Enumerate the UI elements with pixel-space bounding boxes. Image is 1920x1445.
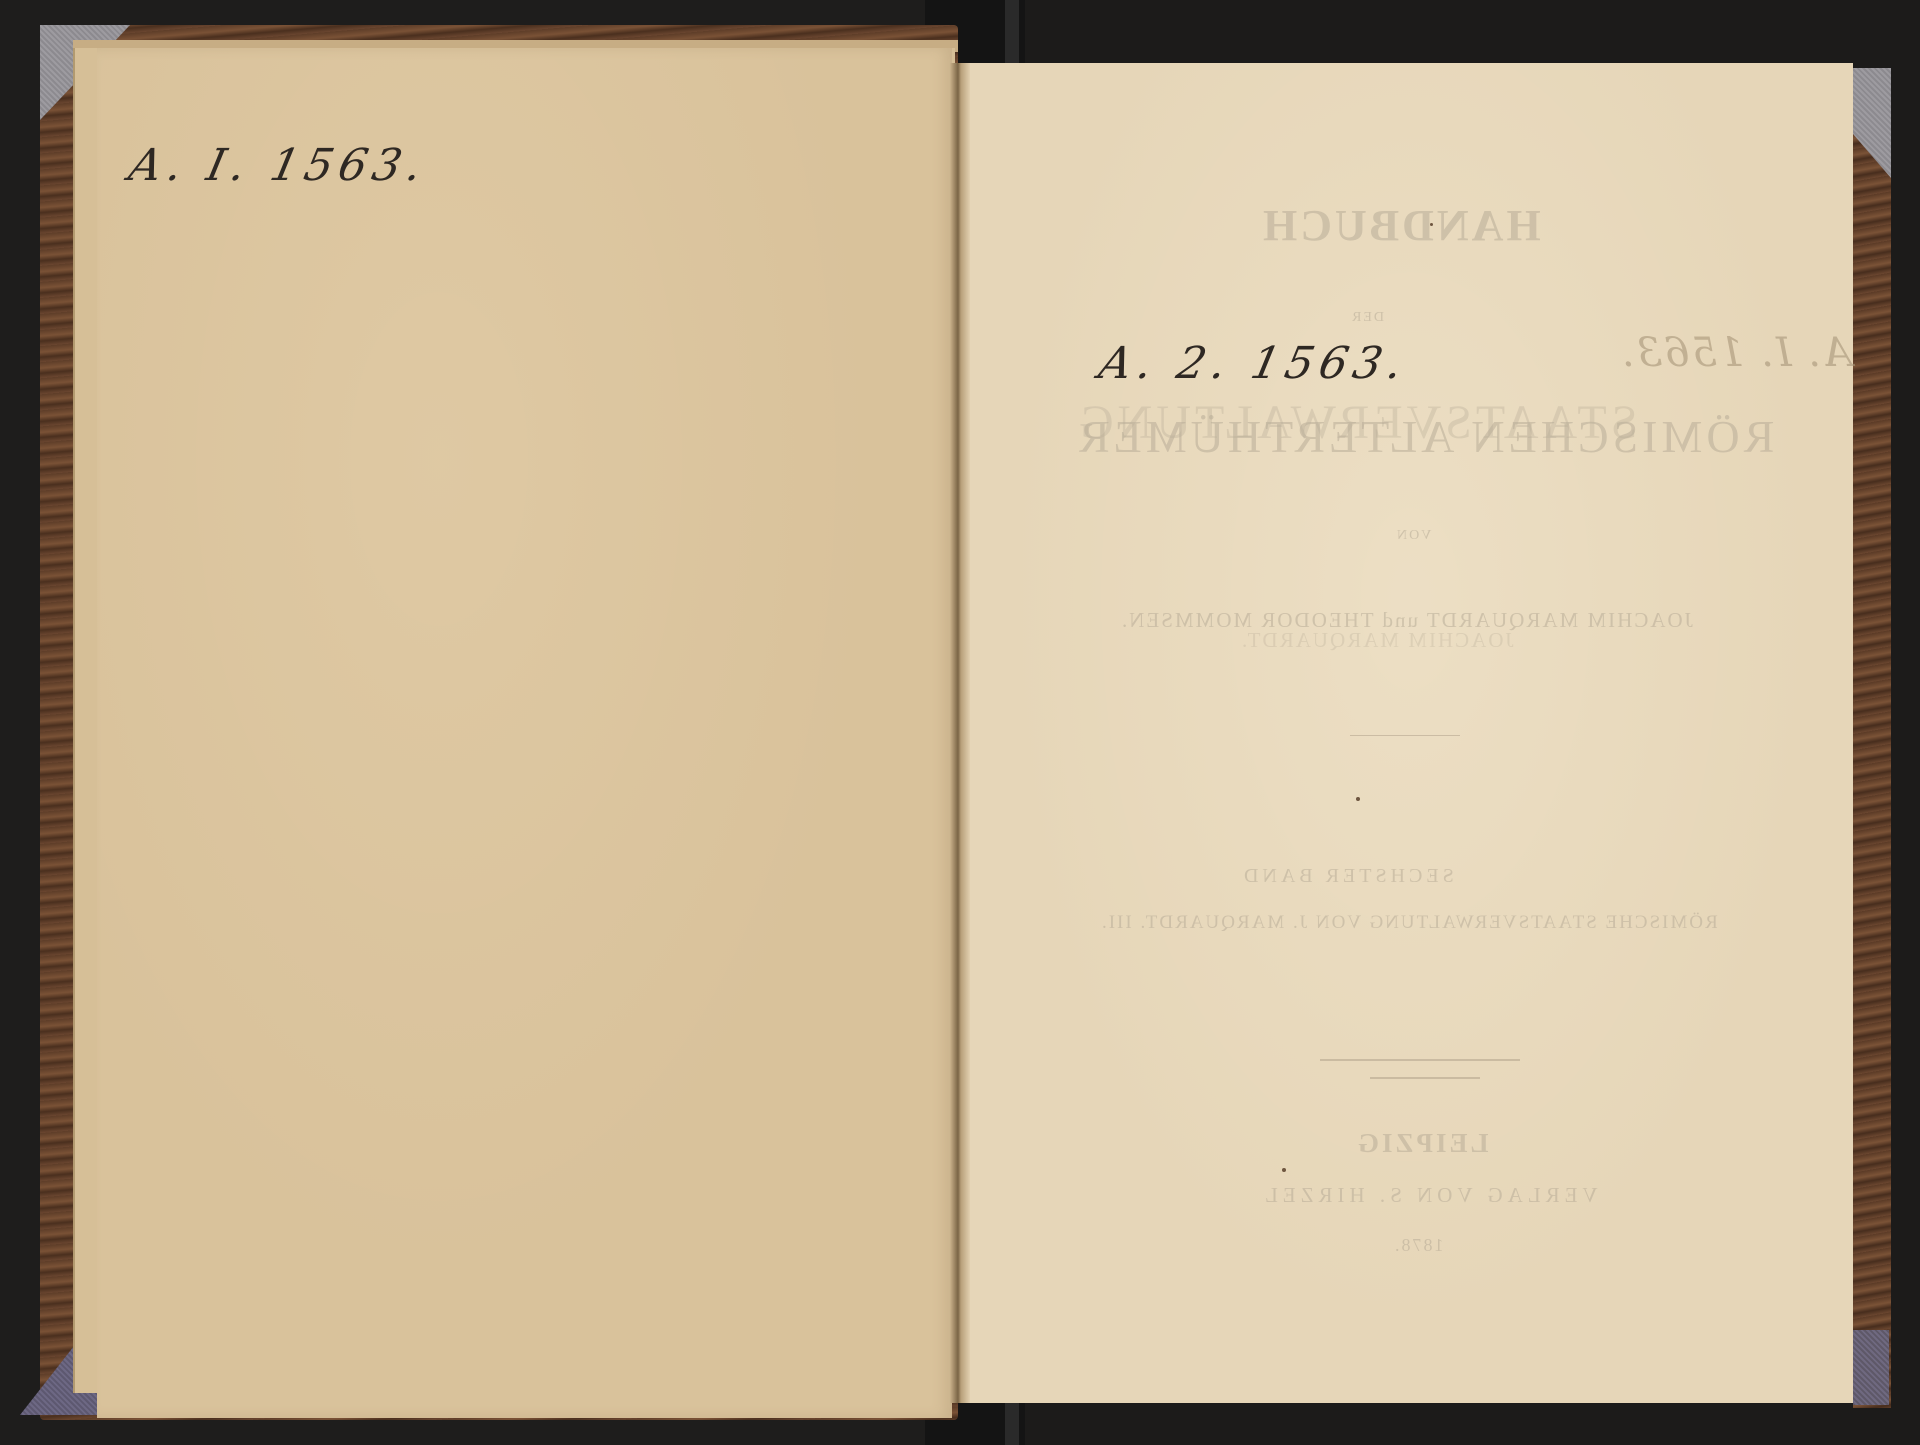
mirrored-title-year: 1878. xyxy=(1393,1235,1444,1256)
ornamental-rule xyxy=(1320,1059,1520,1061)
divider-rule xyxy=(1350,735,1460,736)
mirrored-title-volume: SECHSTER BAND xyxy=(1240,865,1454,888)
mirrored-title-von: VON xyxy=(1395,528,1431,544)
book-gutter xyxy=(950,63,970,1403)
handwritten-shelfmark-left: A. I. 1563. xyxy=(125,140,433,191)
paper-spot xyxy=(1356,797,1360,801)
mirrored-title-subtitle: RÖMISCHE STAATSVERWALTUNG VON J. MARQUAR… xyxy=(1100,912,1718,934)
mirrored-title-author-faint: JOACHIM MARQUARDT. xyxy=(1240,628,1514,653)
paper-spot xyxy=(1282,1168,1286,1172)
cover-corner-bottom-right xyxy=(1853,1330,1889,1405)
bleed-through-shelfmark: A. I. 1563. xyxy=(1620,330,1852,376)
mirrored-title-roemischen: RÖMISCHEN ALTERTHÜMER xyxy=(1075,410,1774,463)
mirrored-title-der: DER xyxy=(1350,310,1384,326)
paper-spot xyxy=(1430,223,1433,226)
handwritten-shelfmark-right: A. 2. 1563. xyxy=(1095,338,1414,389)
mirrored-title-city: LEIPZIG xyxy=(1355,1128,1489,1159)
right-cover-board xyxy=(1853,68,1891,1408)
mirrored-title-publisher: VERLAG VON S. HIRZEL xyxy=(1260,1183,1598,1208)
ornamental-rule-lower xyxy=(1370,1077,1480,1079)
left-page xyxy=(97,48,952,1418)
mirrored-title-handbuch: HANDBUCH xyxy=(1260,200,1541,251)
